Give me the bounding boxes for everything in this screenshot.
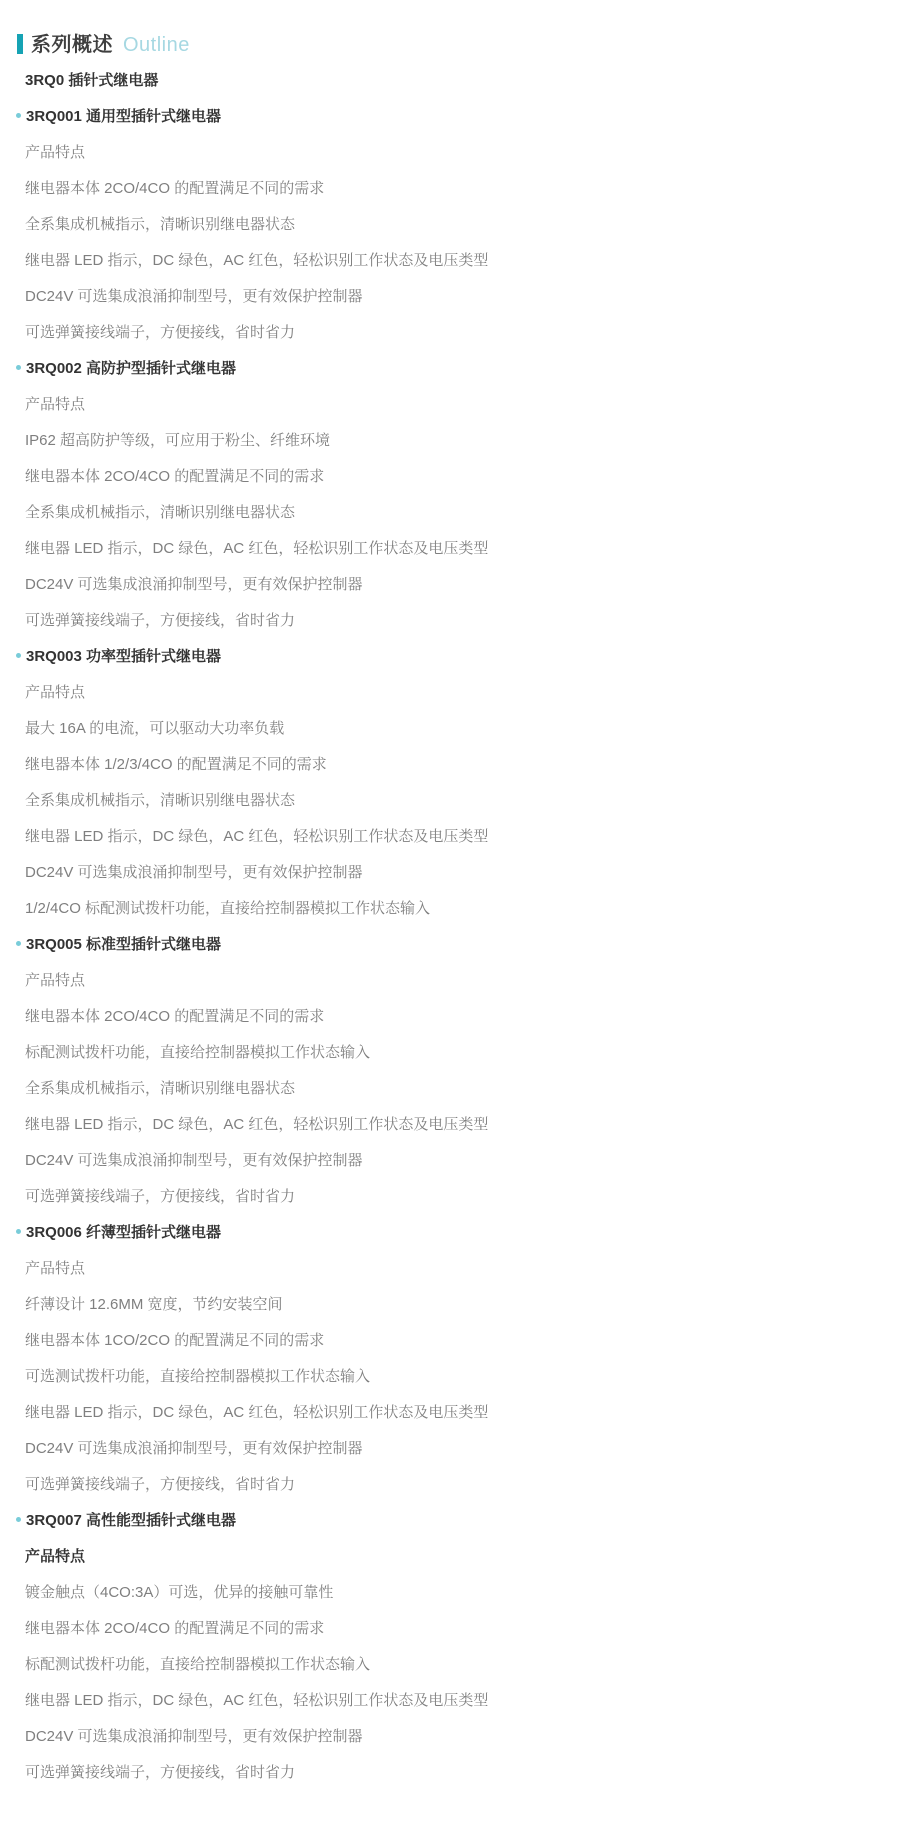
- section-heading-label: 3RQ003 功率型插针式继电器: [26, 648, 221, 665]
- accent-bar: [17, 34, 23, 54]
- feature-line: 继电器本体 2CO/4CO 的配置满足不同的需求: [0, 459, 900, 495]
- feature-line: 可选测试拨杆功能，直接给控制器模拟工作状态输入: [0, 1359, 900, 1395]
- feature-line: DC24V 可选集成浪涌抑制型号，更有效保护控制器: [0, 855, 900, 891]
- section-heading-3rq005: 3RQ005 标准型插针式继电器: [0, 927, 900, 963]
- feature-line: 继电器 LED 指示，DC 绿色，AC 红色，轻松识别工作状态及电压类型: [0, 1395, 900, 1431]
- feature-line: 全系集成机械指示，清晰识别继电器状态: [0, 495, 900, 531]
- feature-line: 继电器本体 1CO/2CO 的配置满足不同的需求: [0, 1323, 900, 1359]
- series-title: 3RQ0 插针式继电器: [0, 63, 900, 99]
- feature-line: 继电器本体 2CO/4CO 的配置满足不同的需求: [0, 171, 900, 207]
- feature-line: 可选弹簧接线端子，方便接线，省时省力: [0, 1755, 900, 1791]
- feature-line: 继电器 LED 指示，DC 绿色，AC 红色，轻松识别工作状态及电压类型: [0, 1683, 900, 1719]
- feature-line: 继电器 LED 指示，DC 绿色，AC 红色，轻松识别工作状态及电压类型: [0, 1107, 900, 1143]
- section-heading-3rq003: 3RQ003 功率型插针式继电器: [0, 639, 900, 675]
- feature-line: 可选弹簧接线端子，方便接线，省时省力: [0, 315, 900, 351]
- bullet-icon: [16, 1517, 21, 1522]
- feature-line: 继电器 LED 指示，DC 绿色，AC 红色，轻松识别工作状态及电压类型: [0, 243, 900, 279]
- section-subheading: 产品特点: [0, 387, 900, 423]
- feature-line: 继电器 LED 指示，DC 绿色，AC 红色，轻松识别工作状态及电压类型: [0, 819, 900, 855]
- bullet-icon: [16, 941, 21, 946]
- feature-line: IP62 超高防护等级，可应用于粉尘、纤维环境: [0, 423, 900, 459]
- feature-line: 镀金触点（4CO:3A）可选，优异的接触可靠性: [0, 1575, 900, 1611]
- feature-line: 继电器本体 2CO/4CO 的配置满足不同的需求: [0, 999, 900, 1035]
- page-title-zh: 系列概述: [31, 34, 113, 56]
- feature-line: 纤薄设计 12.6MM 宽度，节约安装空间: [0, 1287, 900, 1323]
- feature-line: 最大 16A 的电流，可以驱动大功率负载: [0, 711, 900, 747]
- section-heading-label: 3RQ002 高防护型插针式继电器: [26, 360, 236, 377]
- feature-line: 可选弹簧接线端子，方便接线，省时省力: [0, 603, 900, 639]
- section-subheading: 产品特点: [0, 675, 900, 711]
- page: 系列概述Outline 3RQ0 插针式继电器 3RQ001 通用型插针式继电器…: [0, 0, 900, 1791]
- bullet-icon: [16, 365, 21, 370]
- section-heading-label: 3RQ006 纤薄型插针式继电器: [26, 1224, 221, 1241]
- section-subheading: 产品特点: [0, 1539, 900, 1575]
- page-title-en: Outline: [123, 34, 190, 56]
- section-heading-3rq001: 3RQ001 通用型插针式继电器: [0, 99, 900, 135]
- section-subheading: 产品特点: [0, 135, 900, 171]
- bullet-icon: [16, 113, 21, 118]
- section-subheading: 产品特点: [0, 963, 900, 999]
- feature-line: 标配测试拨杆功能，直接给控制器模拟工作状态输入: [0, 1647, 900, 1683]
- feature-line: 全系集成机械指示，清晰识别继电器状态: [0, 207, 900, 243]
- section-heading-label: 3RQ001 通用型插针式继电器: [26, 108, 221, 125]
- feature-line: 继电器本体 2CO/4CO 的配置满足不同的需求: [0, 1611, 900, 1647]
- feature-line: 可选弹簧接线端子，方便接线，省时省力: [0, 1467, 900, 1503]
- section-heading-label: 3RQ007 高性能型插针式继电器: [26, 1512, 236, 1529]
- feature-line: 全系集成机械指示，清晰识别继电器状态: [0, 783, 900, 819]
- section-heading-3rq002: 3RQ002 高防护型插针式继电器: [0, 351, 900, 387]
- feature-line: DC24V 可选集成浪涌抑制型号，更有效保护控制器: [0, 1719, 900, 1755]
- section-heading-3rq007: 3RQ007 高性能型插针式继电器: [0, 1503, 900, 1539]
- section-heading-label: 3RQ005 标准型插针式继电器: [26, 936, 221, 953]
- section-subheading: 产品特点: [0, 1251, 900, 1287]
- feature-line: 全系集成机械指示，清晰识别继电器状态: [0, 1071, 900, 1107]
- feature-line: DC24V 可选集成浪涌抑制型号，更有效保护控制器: [0, 1431, 900, 1467]
- feature-line: 继电器本体 1/2/3/4CO 的配置满足不同的需求: [0, 747, 900, 783]
- feature-line: 可选弹簧接线端子，方便接线，省时省力: [0, 1179, 900, 1215]
- feature-line: 1/2/4CO 标配测试拨杆功能，直接给控制器模拟工作状态输入: [0, 891, 900, 927]
- section-heading-3rq006: 3RQ006 纤薄型插针式继电器: [0, 1215, 900, 1251]
- feature-line: 标配测试拨杆功能，直接给控制器模拟工作状态输入: [0, 1035, 900, 1071]
- bullet-icon: [16, 653, 21, 658]
- section-header: 系列概述Outline: [0, 27, 900, 63]
- feature-line: DC24V 可选集成浪涌抑制型号，更有效保护控制器: [0, 567, 900, 603]
- feature-line: DC24V 可选集成浪涌抑制型号，更有效保护控制器: [0, 279, 900, 315]
- feature-line: 继电器 LED 指示，DC 绿色，AC 红色，轻松识别工作状态及电压类型: [0, 531, 900, 567]
- feature-line: DC24V 可选集成浪涌抑制型号，更有效保护控制器: [0, 1143, 900, 1179]
- sections-container: 3RQ001 通用型插针式继电器产品特点继电器本体 2CO/4CO 的配置满足不…: [0, 99, 900, 1791]
- bullet-icon: [16, 1229, 21, 1234]
